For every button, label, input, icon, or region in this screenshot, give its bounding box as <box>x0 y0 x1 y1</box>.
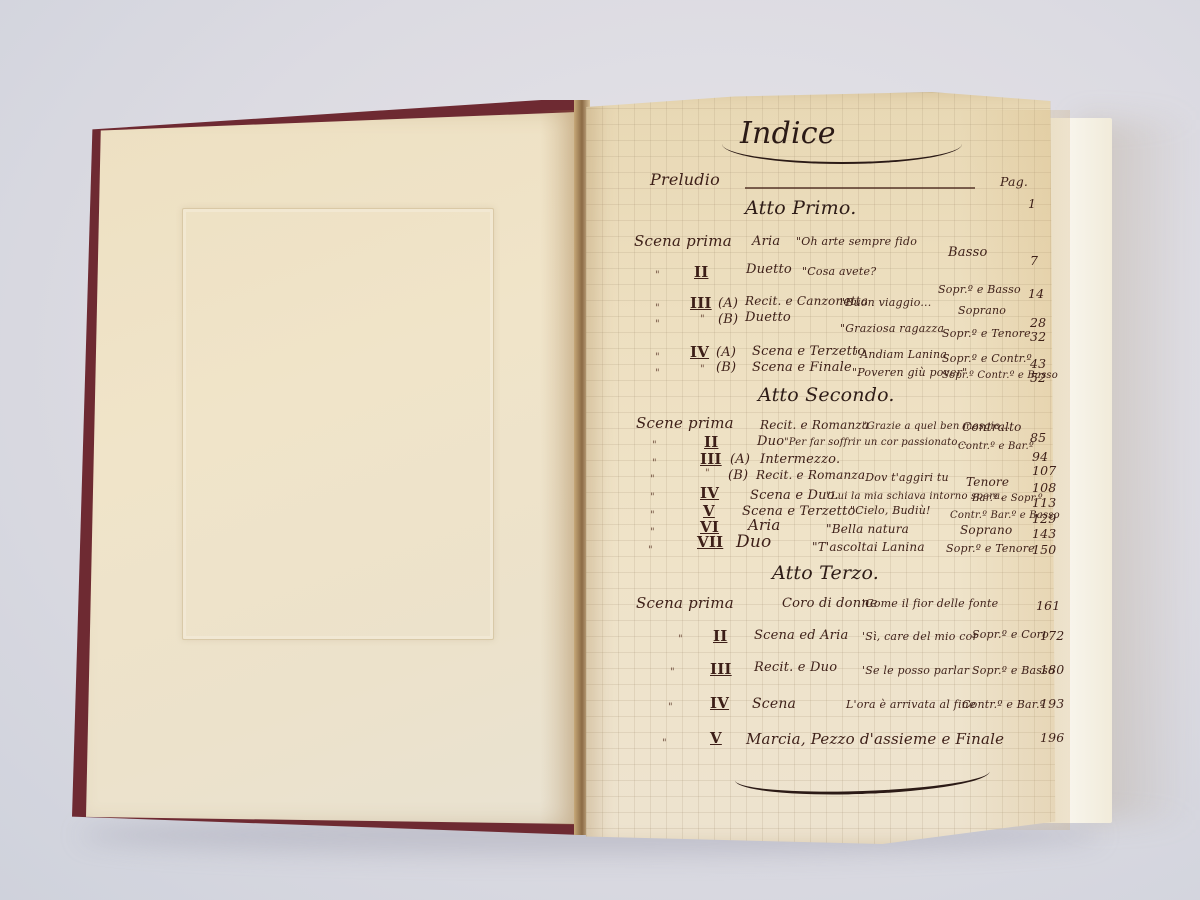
page-number: 172 <box>1040 628 1064 643</box>
page-number: 150 <box>1032 542 1056 557</box>
scene-number: IV <box>710 694 729 712</box>
scene-label: Scene prima <box>636 414 734 432</box>
ditto-mark: " <box>655 270 660 281</box>
piece-type: Duetto <box>745 310 791 325</box>
page-number: 28 <box>1030 315 1046 330</box>
piece-type: Scena e Terzetto <box>752 344 866 359</box>
scene-number: II <box>713 627 727 645</box>
voice: Contr.º e Bar.º <box>962 698 1045 711</box>
piece-type: Scena e Finale <box>752 360 852 375</box>
voice: Contr.º e Bar.º <box>958 441 1034 452</box>
ditto-mark: " <box>655 303 660 314</box>
piece-type: Duo <box>736 532 771 552</box>
act-3-title: Atto Terzo. <box>772 562 879 584</box>
scene-number: IV <box>690 343 709 361</box>
scene-label: Scena prima <box>636 594 734 612</box>
incipit: 'Sì, care del mio cor <box>862 630 978 643</box>
page-number: 161 <box>1036 598 1060 613</box>
voice: Basso <box>948 245 987 260</box>
pag-label: Pag. <box>1000 174 1028 189</box>
page-number: 43 <box>1030 356 1046 371</box>
piece-type: Scena <box>752 696 796 712</box>
page-number: 14 <box>1028 286 1044 301</box>
voice: Sopr.º e Coro <box>972 628 1049 641</box>
part-letter: (A) <box>716 345 736 360</box>
scene-number: II <box>694 263 708 281</box>
ditto-mark: " <box>700 314 705 325</box>
part-letter: (A) <box>730 452 750 467</box>
act-2-title: Atto Secondo. <box>758 384 895 406</box>
voice: Contralto <box>962 420 1022 434</box>
part-letter: (B) <box>718 312 738 327</box>
voice: Sopr.º e Basso <box>938 283 1021 296</box>
scene-number: III <box>690 294 712 312</box>
incipit: "Buon viaggio... <box>840 296 931 309</box>
part-letter: (B) <box>716 360 736 375</box>
voice: Sopr.º e Contr.º <box>942 352 1032 365</box>
page-number: 107 <box>1032 463 1056 478</box>
ditto-mark: " <box>652 458 657 469</box>
page-number: 129 <box>1032 511 1056 526</box>
incipit: "Cielo, Budiù! <box>850 504 931 517</box>
ditto-mark: " <box>670 667 675 678</box>
piece-type: Aria <box>752 234 780 249</box>
ditto-mark: " <box>662 738 667 749</box>
incipit: 'Se le posso parlar <box>862 664 969 677</box>
incipit: 'Dov t'aggiri tu <box>862 471 949 484</box>
scene-number: VII <box>697 533 723 551</box>
page-number: 180 <box>1040 662 1064 677</box>
voice: Soprano <box>960 523 1012 537</box>
preludio-leader-line <box>745 187 975 189</box>
page-number: 7 <box>1030 253 1038 268</box>
ditto-mark: " <box>700 364 705 375</box>
ditto-mark: " <box>648 545 653 556</box>
plate-mark <box>182 208 494 640</box>
page-number: 94 <box>1032 449 1048 464</box>
page-number: 113 <box>1032 495 1056 510</box>
act-1-title: Atto Primo. <box>745 197 856 219</box>
preludio-label: Preludio <box>650 170 720 189</box>
incipit: "T'ascoltai Lanina <box>812 540 925 554</box>
ditto-mark: " <box>655 319 660 330</box>
ditto-mark: " <box>650 474 655 485</box>
voice: Sopr.º e Tenore <box>946 542 1035 555</box>
scene-number: III <box>710 660 732 678</box>
part-letter: (B) <box>728 468 748 483</box>
preludio-page: 1 <box>1028 196 1036 211</box>
incipit: 'Come il fior delle fonte <box>862 597 998 610</box>
incipit: "Per far soffrir un cor passionato... <box>784 437 968 448</box>
piece-type: Duo <box>757 434 784 449</box>
incipit: "Andiam Lanina <box>855 348 947 361</box>
incipit: "Oh arte sempre fido <box>796 235 917 248</box>
voice: Sopr.º e Tenore <box>942 327 1031 340</box>
ditto-mark: " <box>655 368 660 379</box>
piece-type: Duetto <box>746 262 792 277</box>
piece-type: Intermezzo. <box>760 452 840 467</box>
page-number: 143 <box>1032 526 1056 541</box>
page-number: 108 <box>1032 480 1056 495</box>
piece-type: Scena ed Aria <box>754 628 848 643</box>
page-number: 196 <box>1040 730 1064 745</box>
incipit: "Graziosa ragazza <box>840 322 944 335</box>
incipit: "Cosa avete? <box>802 265 876 278</box>
ditto-mark: " <box>652 440 657 451</box>
piece-type: Marcia, Pezzo d'assieme e Finale <box>746 730 1004 748</box>
part-letter: (A) <box>718 296 738 311</box>
ditto-mark: " <box>668 702 673 713</box>
voice: Tenore <box>966 475 1009 489</box>
ditto-mark: " <box>705 468 710 479</box>
ditto-mark: " <box>650 510 655 521</box>
incipit: L'ora è arrivata al fine <box>846 698 976 711</box>
scene-number: III <box>700 450 722 468</box>
piece-type: Recit. e Duo <box>754 660 837 675</box>
scene-number: V <box>710 729 722 747</box>
voice: Soprano <box>958 304 1006 317</box>
scene-number: II <box>704 433 718 451</box>
page-number: 52 <box>1030 370 1046 385</box>
ditto-mark: " <box>678 634 683 645</box>
piece-type: Recit. e Romanza <box>756 468 865 482</box>
photo-scene: Indice Preludio Pag. 1 Atto Primo. Scena… <box>0 0 1200 900</box>
scene-label: Scena prima <box>634 232 732 250</box>
ditto-mark: " <box>650 492 655 503</box>
page-number: 32 <box>1030 329 1046 344</box>
incipit: "Bella natura <box>826 522 909 536</box>
ditto-mark: " <box>655 352 660 363</box>
page-number: 193 <box>1040 696 1064 711</box>
ditto-mark: " <box>650 527 655 538</box>
scene-number: IV <box>700 484 719 502</box>
piece-type: Recit. e Romanza <box>760 418 869 432</box>
